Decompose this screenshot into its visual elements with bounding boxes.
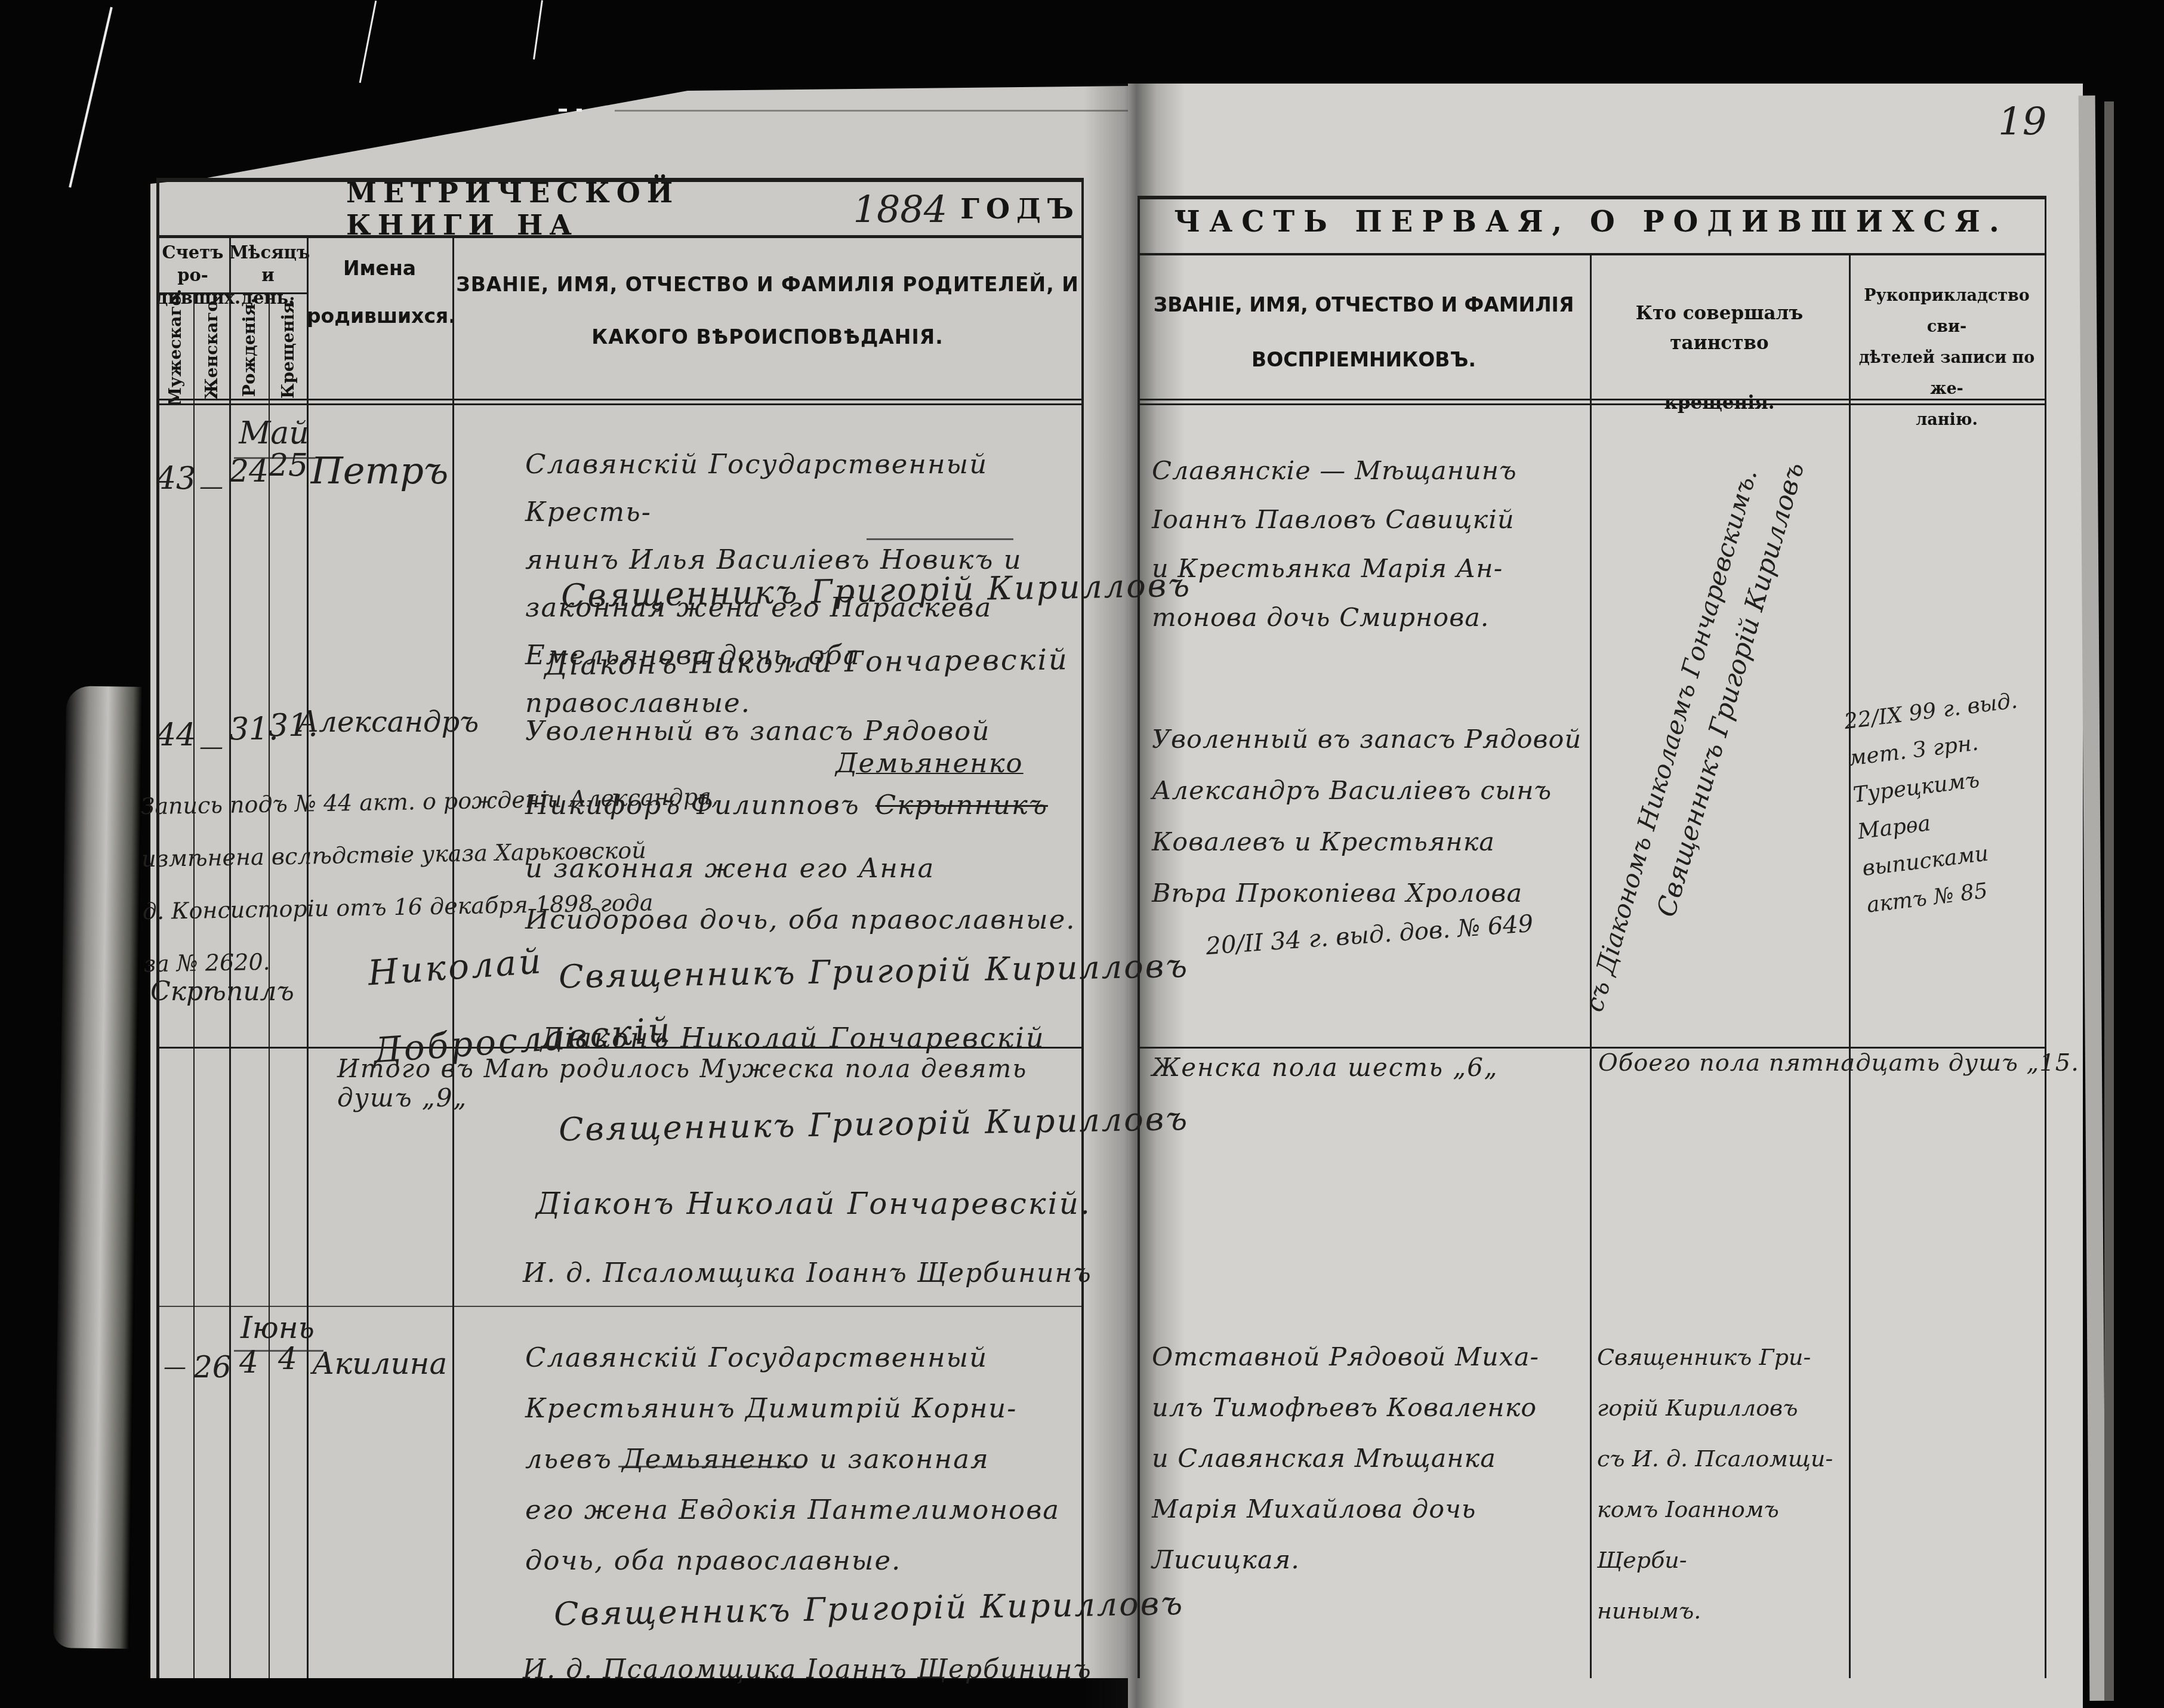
witness-column-note: 22/ІХ 99 г. выд. мет. З грн. Турецкимъ М… bbox=[1842, 680, 2065, 924]
film-scratch bbox=[69, 7, 113, 188]
column-header-male: Мужескаго. bbox=[156, 294, 193, 401]
column-header-born: Рожденія. bbox=[229, 294, 269, 401]
column-header-month-group: Мѣсяцъ и день. bbox=[229, 241, 307, 292]
column-header-baptized: Крещенія. bbox=[269, 294, 307, 401]
page-edge-line bbox=[615, 110, 1128, 112]
column-header-witnesses: Рукоприкладство сви- дѣтелей записи по ж… bbox=[1849, 280, 2045, 436]
entry-26-godparents: Отставной Рядовой Миха- илъ Тимофѣевъ Ко… bbox=[1152, 1332, 1605, 1586]
film-scratch bbox=[533, 0, 543, 59]
entry-44-godparents: Уволенный въ запасъ Рядовой Александръ В… bbox=[1152, 714, 1617, 919]
entry-43-male-number: 43 bbox=[156, 461, 193, 497]
column-header-female: Женскаго. bbox=[193, 294, 229, 401]
page-number: 19 bbox=[1998, 100, 2046, 144]
entry-43-deacon-signature: Діаконъ Николай Гончаревскій bbox=[544, 643, 1069, 682]
table-line bbox=[1849, 255, 1851, 1678]
entry-44-male-number: 44 bbox=[156, 717, 193, 753]
entry-44-born-day: 31. bbox=[229, 711, 269, 747]
title-year-handwritten: 1884 bbox=[853, 187, 947, 231]
entry-44-female-dash: — bbox=[193, 733, 229, 760]
entry-43-born-day: 24 bbox=[229, 454, 269, 489]
entry-26-name: Акилина bbox=[307, 1346, 452, 1381]
entry-44-name: Александръ bbox=[297, 705, 464, 739]
left-page-title: МЕТРИЧЕСКОЙ КНИГИ НА 1884 ГОДЪ bbox=[346, 185, 1080, 233]
entry-26-psalmist-signature: И. д. Псаломщика Іоаннъ Щербининъ bbox=[523, 1654, 1092, 1685]
month-label-may: Май bbox=[229, 415, 319, 451]
entry-26-born-day: 4 bbox=[229, 1345, 269, 1380]
surname-underline bbox=[867, 538, 1013, 540]
column-header-parents: ЗВАНІЕ, ИМЯ, ОТЧЕСТВО И ФАМИЛІЯ РОДИТЕЛЕ… bbox=[452, 272, 1083, 350]
film-speck bbox=[559, 109, 567, 112]
table-line bbox=[156, 403, 1083, 405]
column-header-count-group: Счетъ ро- дивших. bbox=[156, 241, 229, 292]
table-line bbox=[156, 399, 1083, 400]
margin-note-word: Скрѣпилъ bbox=[150, 976, 294, 1007]
page-stack-right-dark bbox=[2104, 101, 2114, 1701]
title-text: МЕТРИЧЕСКОЙ КНИГИ НА bbox=[346, 177, 840, 241]
table-line bbox=[1138, 1047, 2045, 1049]
surname-underline bbox=[618, 1466, 803, 1467]
table-border bbox=[1138, 196, 2045, 199]
film-scratch bbox=[359, 1, 377, 83]
right-page-title: ЧАСТЬ ПЕРВАЯ, О РОДИВШИХСЯ. bbox=[1138, 205, 2045, 239]
summary-deacon-signature: Діаконъ Николай Гончаревскій. bbox=[536, 1186, 1092, 1221]
table-line bbox=[156, 1306, 1083, 1307]
summary-females-line: Женска пола шесть „6„ bbox=[1152, 1053, 1582, 1082]
column-header-godparents: ЗВАНІЕ, ИМЯ, ОТЧЕСТВО И ФАМИЛІЯ ВОСПРІЕМ… bbox=[1138, 291, 1590, 374]
entry-26-male-dash: — bbox=[156, 1354, 193, 1380]
book-scan: МЕТРИЧЕСКОЙ КНИГИ НА 1884 ГОДЪ Счетъ ро-… bbox=[0, 0, 2164, 1708]
title-text: ГОДЪ bbox=[960, 193, 1080, 225]
entry-26-female-number: 26 bbox=[193, 1350, 229, 1385]
entry-43-female-dash: — bbox=[193, 473, 229, 500]
column-header-names: Имена родившихся. bbox=[307, 257, 452, 328]
summary-total-line: Обоего пола пятнадцать душъ „15. bbox=[1598, 1049, 2082, 1077]
table-line bbox=[1138, 196, 1140, 1678]
summary-psalmist-signature: И. д. Псаломщика Іоаннъ Щербининъ bbox=[523, 1258, 1092, 1288]
entry-26-parents: Славянскій Государственный Крестьянинъ Д… bbox=[525, 1332, 1092, 1586]
page-stack-left bbox=[53, 686, 143, 1649]
entry-44-parents-line1: Уволенный въ запасъ Рядовой bbox=[525, 715, 1092, 747]
entry-26-priest-column: Священникъ Гри- горій Кирилловъ съ И. д.… bbox=[1597, 1332, 1848, 1636]
film-speck bbox=[577, 109, 582, 112]
entry-43-name: Петръ bbox=[307, 449, 452, 492]
entry-43-godparents: Славянскіе — Мѣщанинъ Іоаннъ Павловъ Сав… bbox=[1152, 446, 1605, 642]
table-line bbox=[2045, 196, 2046, 1678]
entry-26-baptized-day: 4 bbox=[269, 1342, 307, 1376]
entry-43-baptized-day: 25 bbox=[269, 448, 307, 483]
month-label-june: Іюнь bbox=[227, 1311, 328, 1345]
